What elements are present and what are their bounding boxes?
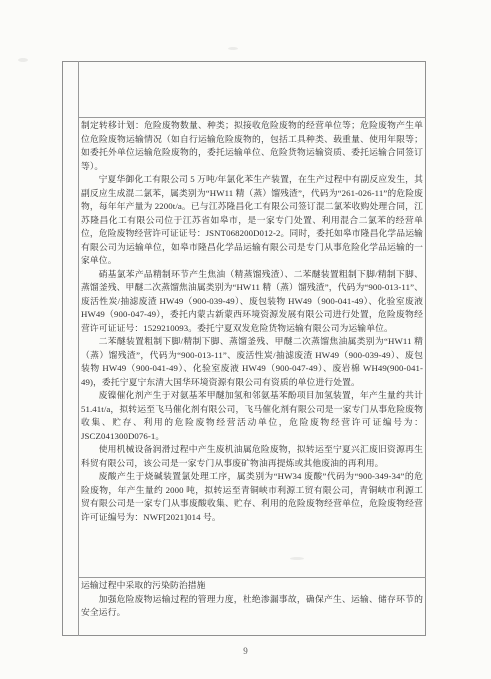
scanned-document-page: 制定转移计划：危险废物数量、种类；拟接收危险废物的经营单位等；危险废物产生单位危… bbox=[0, 0, 491, 679]
table-row-divider-top bbox=[79, 117, 426, 118]
table-row-divider-bottom bbox=[79, 577, 426, 578]
paragraph-transfer-plan: 制定转移计划：危险废物数量、种类；拟接收危险废物的经营单位等；危险废物产生单位危… bbox=[81, 119, 423, 173]
table-left-column-divider bbox=[78, 61, 79, 636]
measures-body: 加强危险废物运输过程的管理力度，杜绝渗漏事故，确保产生、运输、储存环节的安全运行… bbox=[81, 593, 423, 620]
transfer-plan-text-cell: 制定转移计划：危险废物数量、种类；拟接收危险废物的经营单位等；危险废物产生单位危… bbox=[81, 119, 423, 575]
scan-smudge bbox=[228, 47, 238, 50]
pollution-prevention-cell: 运输过程中采取的污染防治措施 加强危险废物运输过程的管理力度，杜绝渗漏事故，确保… bbox=[81, 579, 423, 634]
paragraph-waste-acid: 废酸产生于烧碱装置氯处理工序，属类别为“HW34 废酸”代码为“900-349-… bbox=[81, 470, 423, 524]
scan-smudge bbox=[18, 58, 28, 62]
paragraph-waste-machine-oil: 使用机械设备润滑过程中产生废机油属危险废物，拟转运至宁夏兴汇废旧资源再生科贸有限… bbox=[81, 443, 423, 470]
paragraph-nickel-catalyst-waste: 废镍催化剂产生于对氨基苯甲醚加氢和邻氨基苯酚项目加氢装置，年产生量约共计51.4… bbox=[81, 389, 423, 443]
paragraph-chlorobenzene-plant: 宁夏华御化工有限公司 5 万吨/年氯化苯生产装置，在生产过程中有副反应发生，其副… bbox=[81, 173, 423, 268]
paragraph-nitrochlorobenzene-waste: 硝基氯苯产品精制环节产生焦油（精蒸馏残渣）、二苯醚装置粗制下脚/精制下脚、蒸馏釜… bbox=[81, 268, 423, 336]
paragraph-diphenyl-ether-waste: 二苯醚装置粗制下脚/精制下脚、蒸馏釜残、甲醚二次蒸馏焦油属类别为“HW11 精（… bbox=[81, 335, 423, 389]
measures-heading: 运输过程中采取的污染防治措施 bbox=[81, 579, 423, 593]
page-number: 9 bbox=[0, 646, 491, 656]
